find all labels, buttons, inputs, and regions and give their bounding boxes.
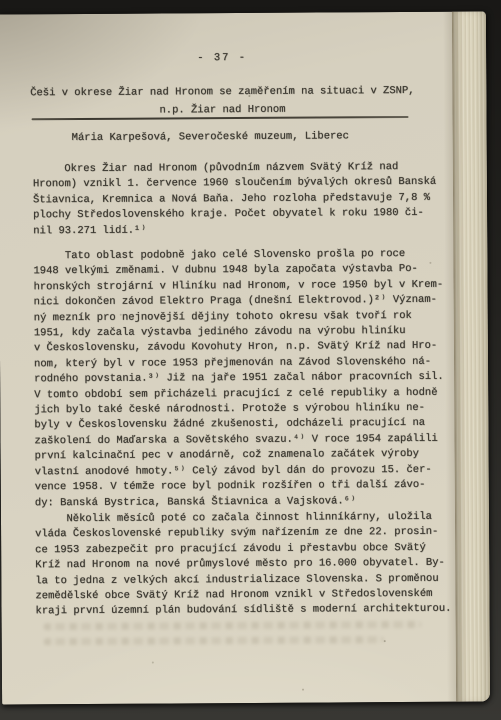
page-number: - 37 -: [32, 50, 412, 68]
article-title: Češi v okrese Žiar nad Hronom se zaměřen…: [12, 83, 432, 121]
paragraph-2: Tato oblast podobně jako celé Slovensko …: [33, 247, 444, 511]
author-line: Mária Karpešová, Severočeské muzeum, Lib…: [72, 129, 349, 146]
book-page: - 37 - Češi v okrese Žiar nad Hronom se …: [0, 12, 490, 705]
scan-backdrop: - 37 - Češi v okrese Žiar nad Hronom se …: [0, 0, 501, 720]
bleed-through-text-line: [44, 621, 422, 630]
paragraph-1: Okres Žiar nad Hronom (původním názvem S…: [33, 160, 437, 239]
page-text-layer: - 37 - Češi v okrese Žiar nad Hronom se …: [0, 12, 490, 705]
article-title-line-1: Češi v okrese Žiar nad Hronom se zaměřen…: [12, 83, 432, 103]
bleed-through-text-line: [44, 636, 384, 645]
paragraph-3: Několik měsíců poté co začala činnost hl…: [35, 510, 452, 620]
